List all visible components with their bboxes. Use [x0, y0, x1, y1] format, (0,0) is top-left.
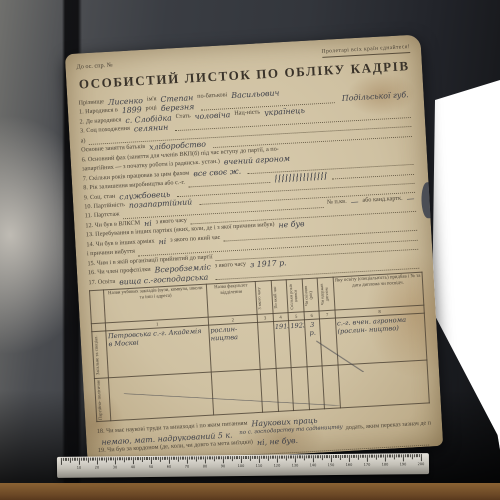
ruler-tick [86, 458, 87, 461]
ruler-tick [212, 456, 213, 459]
ruler-number: 80 [203, 464, 208, 468]
ruler-tick [84, 458, 85, 461]
ruler-tick [165, 457, 166, 460]
ruler-tick [135, 457, 136, 460]
printed-label: 17. Освіта [88, 276, 115, 287]
document-content: До ос. спр. № Пролетарі всіх країн єднай… [65, 34, 443, 465]
ruler-tick [119, 457, 120, 460]
ruler-tick [417, 454, 418, 457]
ruler-tick [410, 454, 411, 457]
ruler-tick [261, 456, 262, 459]
ruler-tick [325, 455, 326, 458]
ruler-tick [280, 456, 281, 459]
ruler-tick [284, 456, 285, 459]
table-cell: рослин- ництва [209, 322, 261, 372]
ruler-tick [322, 455, 323, 460]
ruler-tick [401, 454, 402, 457]
ruler-number: 110 [256, 464, 263, 468]
ruler-number: 60 [167, 465, 172, 469]
ruler-tick [101, 457, 102, 460]
ruler-tick [372, 455, 373, 458]
ruler-tick [396, 454, 397, 457]
ruler-number: 170 [364, 463, 371, 467]
ruler-tick [126, 457, 127, 460]
ruler-tick [217, 456, 218, 459]
ruler-tick [110, 457, 111, 460]
ruler-tick [63, 458, 64, 461]
ruler-tick [388, 454, 389, 457]
ruler-tick [154, 457, 155, 460]
ruler-tick [221, 456, 222, 459]
ruler-tick [316, 455, 317, 458]
ruler-tick [61, 458, 62, 465]
ruler-tick [90, 458, 91, 461]
ruler-tick [208, 456, 209, 459]
ruler-tick [318, 455, 319, 458]
ruler-tick [156, 457, 157, 460]
ruler-number: 140 [310, 463, 317, 467]
ruler-tick [334, 455, 335, 458]
ruler-tick [223, 456, 224, 463]
ruler-tick [92, 458, 93, 461]
document-paper: До ос. спр. № Пролетарі всіх країн єднай… [65, 34, 443, 465]
ruler-tick [79, 458, 80, 465]
ruler-tick [387, 454, 388, 457]
ruler-number: 50 [149, 465, 154, 469]
printed-label: з якого часу [215, 260, 247, 271]
row-group-label: Партійно- політичне [94, 378, 111, 422]
ruler-number: 40 [131, 465, 136, 469]
ruler-tick [117, 457, 118, 460]
handwritten-entry: — [406, 194, 414, 204]
ruler-tick [244, 456, 245, 459]
file-number-label: До ос. спр. № [76, 61, 113, 72]
ruler-number: 90 [221, 464, 226, 468]
ruler-tick [124, 457, 125, 462]
ruler-tick [376, 455, 377, 460]
ruler-tick [167, 457, 168, 460]
ruler-tick [250, 456, 251, 461]
ruler-tick [138, 457, 139, 460]
handwritten-entry: — [351, 198, 359, 208]
ruler-tick [163, 457, 164, 460]
ruler-tick [408, 454, 409, 457]
ruler-tick [88, 458, 89, 463]
ruler-tick [172, 457, 173, 460]
ruler-tick [144, 457, 145, 460]
ruler-tick [320, 455, 321, 458]
ruler-tick [239, 456, 240, 459]
ruler-tick [421, 454, 422, 461]
ruler-tick [235, 456, 236, 459]
ruler-tick [214, 456, 215, 461]
ruler-tick [338, 455, 339, 458]
ruler-tick [151, 457, 152, 464]
ruler-number: 30 [113, 465, 118, 469]
ruler-tick [307, 455, 308, 458]
ruler-tick [403, 454, 404, 461]
ruler-tick [259, 456, 260, 463]
ruler-tick [72, 458, 73, 461]
ruler-tick [230, 456, 231, 459]
ruler-tick [219, 456, 220, 459]
ruler-tick [68, 458, 69, 461]
ruler-tick [286, 456, 287, 461]
ruler-tick [120, 457, 121, 460]
ruler-tick [216, 456, 217, 459]
ruler-tick [369, 455, 370, 458]
table-header: Назва факультет відділення [206, 282, 257, 318]
ruler-tick [289, 456, 290, 459]
ruler-tick [189, 457, 190, 460]
ruler-tick [352, 455, 353, 458]
ruler-tick [309, 455, 310, 458]
ruler-number: 100 [238, 464, 245, 468]
pen-slash-mark [316, 338, 364, 375]
ruler-tick [397, 454, 398, 457]
ruler-number: 120 [274, 464, 281, 468]
table-header: Скільки років вчився [287, 281, 303, 311]
ruler-number: 160 [346, 463, 353, 467]
ruler-number: 190 [400, 462, 407, 466]
ruler-tick [385, 455, 386, 462]
ruler-tick [279, 456, 280, 459]
ruler-tick [399, 454, 400, 457]
ruler-tick [176, 457, 177, 460]
ruler-tick [266, 456, 267, 459]
ruler-tick [356, 455, 357, 458]
ruler-tick [70, 458, 71, 463]
ruler-tick [277, 456, 278, 463]
ruler-tick [180, 457, 181, 460]
printed-label: році [145, 104, 157, 114]
ruler-tick [257, 456, 258, 459]
ruler-tick [162, 457, 163, 460]
ruler-tick [324, 455, 325, 458]
ruler-tick [252, 456, 253, 459]
steel-ruler: 1020304050607080901001101201301401501601… [57, 453, 429, 478]
ruler-tick [185, 457, 186, 460]
ruler-number: 150 [328, 463, 335, 467]
slogan-text: Пролетарі всіх країн єднайтеся! [321, 43, 410, 58]
ruler-tick [75, 458, 76, 461]
ruler-tick [142, 457, 143, 462]
ruler-tick [237, 456, 238, 459]
ruler-tick [234, 456, 235, 459]
table-header: Яку освіту (спеціальність) придбав і № т… [333, 272, 424, 310]
ruler-tick [225, 456, 226, 459]
ruler-tick [381, 455, 382, 458]
ruler-tick [343, 455, 344, 458]
ruler-tick [111, 457, 112, 460]
ruler-tick [361, 455, 362, 458]
table-surface [0, 483, 500, 500]
ruler-tick [392, 454, 393, 457]
ruler-tick [74, 458, 75, 461]
ruler-tick [226, 456, 227, 459]
ruler-tick [347, 455, 348, 458]
ruler-tick [147, 457, 148, 460]
ruler-tick [131, 457, 132, 460]
ruler-tick [192, 457, 193, 460]
ruler-number: 200 [418, 462, 425, 466]
ruler-tick [174, 457, 175, 460]
ruler-tick [419, 454, 420, 457]
ruler-tick [194, 457, 195, 460]
ruler-tick [243, 456, 244, 459]
printed-label: № п.кв. [327, 197, 347, 208]
printed-label: по-батькові [197, 90, 228, 101]
ruler-tick [178, 457, 179, 462]
ruler-tick [304, 455, 305, 460]
ruler-tick [99, 458, 100, 461]
ruler-tick [311, 455, 312, 458]
form-fields: ПрізвищеЛисенкоім'яСтепанпо-батьковіВаси… [78, 80, 422, 287]
ruler-tick [66, 458, 67, 461]
ruler-tick [153, 457, 154, 460]
ruler-tick [207, 456, 208, 459]
ruler-tick [264, 456, 265, 459]
ruler-tick [108, 457, 109, 460]
printed-label: а) [80, 136, 85, 146]
handwritten-entry: ні [158, 237, 166, 247]
ruler-tick [228, 456, 229, 459]
ruler-tick [365, 455, 366, 458]
ruler-tick [358, 455, 359, 460]
table-header: З якого часу [256, 282, 272, 312]
ruler-tick [354, 455, 355, 458]
ruler-tick [145, 457, 146, 460]
ruler-tick [183, 457, 184, 460]
ruler-tick [363, 455, 364, 458]
ruler-tick [327, 455, 328, 458]
ruler-tick [77, 458, 78, 461]
ruler-tick [340, 455, 341, 460]
ruler-tick [273, 456, 274, 459]
ruler-tick [262, 456, 263, 459]
ruler-tick [406, 454, 407, 457]
ruler-tick [190, 457, 191, 460]
ruler-tick [198, 456, 199, 459]
ruler-tick [367, 455, 368, 462]
ruler-tick [268, 456, 269, 461]
photo-of-document: До ос. спр. № Пролетарі всіх країн єднай… [0, 0, 500, 500]
ruler-tick [351, 455, 352, 458]
ruler-tick [106, 457, 107, 462]
ruler-tick [81, 458, 82, 461]
table-header: Чи одержав диплом [318, 279, 334, 309]
ruler-tick [129, 457, 130, 460]
ruler-tick [133, 457, 134, 464]
ruler-tick [128, 457, 129, 460]
ruler-tick [298, 455, 299, 458]
ruler-tick [93, 458, 94, 461]
ruler-number: 20 [95, 466, 100, 470]
ruler-number: 180 [382, 462, 389, 466]
ruler-tick [102, 457, 103, 460]
ruler-tick [187, 457, 188, 464]
ruler-tick [196, 456, 197, 461]
ruler-tick [412, 454, 413, 459]
ruler-tick [297, 455, 298, 458]
ruler-tick [95, 458, 96, 461]
table-header: По який час [272, 281, 288, 311]
ruler-tick [300, 455, 301, 458]
ruler-tick [271, 456, 272, 459]
ruler-tick [291, 455, 292, 458]
ruler-number: 70 [185, 465, 190, 469]
ruler-number: 130 [292, 463, 299, 467]
ruler-tick [160, 457, 161, 462]
ruler-tick [270, 456, 271, 459]
ruler-tick [113, 457, 114, 460]
ruler-tick [333, 455, 334, 458]
ruler-tick [201, 456, 202, 459]
ruler-tick [342, 455, 343, 458]
ruler-tick [414, 454, 415, 457]
ruler-tick [181, 457, 182, 460]
ruler-tick [232, 456, 233, 461]
ruler-tick [137, 457, 138, 460]
ruler-tick [394, 454, 395, 459]
ruler-tick [210, 456, 211, 459]
ruler-tick [405, 454, 406, 457]
ruler-tick [169, 457, 170, 464]
ruler-tick [97, 458, 98, 465]
ruler-tick [360, 455, 361, 458]
ruler-tick [158, 457, 159, 460]
ruler-tick [253, 456, 254, 459]
ruler-tick [246, 456, 247, 459]
ruler-tick [383, 455, 384, 458]
ruler-tick [65, 458, 66, 461]
ruler-tick [331, 455, 332, 462]
column-number [91, 323, 106, 332]
ruler-tick [199, 456, 200, 459]
ruler-tick [315, 455, 316, 458]
ruler-tick [241, 456, 242, 463]
ruler-tick [379, 455, 380, 458]
ruler-tick [115, 457, 116, 464]
ruler-tick [275, 456, 276, 459]
ruler-tick [149, 457, 150, 460]
handwritten-entry: ні [144, 219, 152, 229]
ruler-tick [293, 455, 294, 458]
printed-label: Стать [175, 111, 190, 121]
ruler-tick [374, 455, 375, 458]
ruler-tick [104, 457, 105, 460]
table-cell: 1913 [273, 321, 291, 369]
printed-label: Нац-ність [234, 107, 260, 118]
ruler-tick [282, 456, 283, 459]
ruler-tick [122, 457, 123, 460]
ruler-number: 10 [77, 466, 82, 470]
ruler-tick [313, 455, 314, 462]
ruler-tick [248, 456, 249, 459]
ruler-tick [203, 456, 204, 459]
table-cell: Петровська с.-г. Академія в Москві [106, 325, 211, 378]
ruler-tick [295, 455, 296, 462]
ruler-tick [336, 455, 337, 458]
ruler-tick [83, 458, 84, 461]
table-header: Чи скінчив (рік) [303, 280, 319, 310]
ruler-tick [349, 455, 350, 462]
ruler-tick [171, 457, 172, 460]
ruler-tick [370, 455, 371, 458]
ruler-tick [329, 455, 330, 458]
ruler-tick [306, 455, 307, 458]
ruler-tick [390, 454, 391, 457]
ruler-tick [288, 456, 289, 459]
ruler-tick [345, 455, 346, 458]
ruler-tick [255, 456, 256, 459]
ruler-tick [378, 455, 379, 458]
ruler-tick [205, 456, 206, 463]
table-cell: 1923 [289, 320, 307, 368]
row-group-label: Загальне та спеціал. [92, 331, 109, 379]
ruler-tick [140, 457, 141, 460]
ruler-tick [302, 455, 303, 458]
ruler-tick [415, 454, 416, 457]
